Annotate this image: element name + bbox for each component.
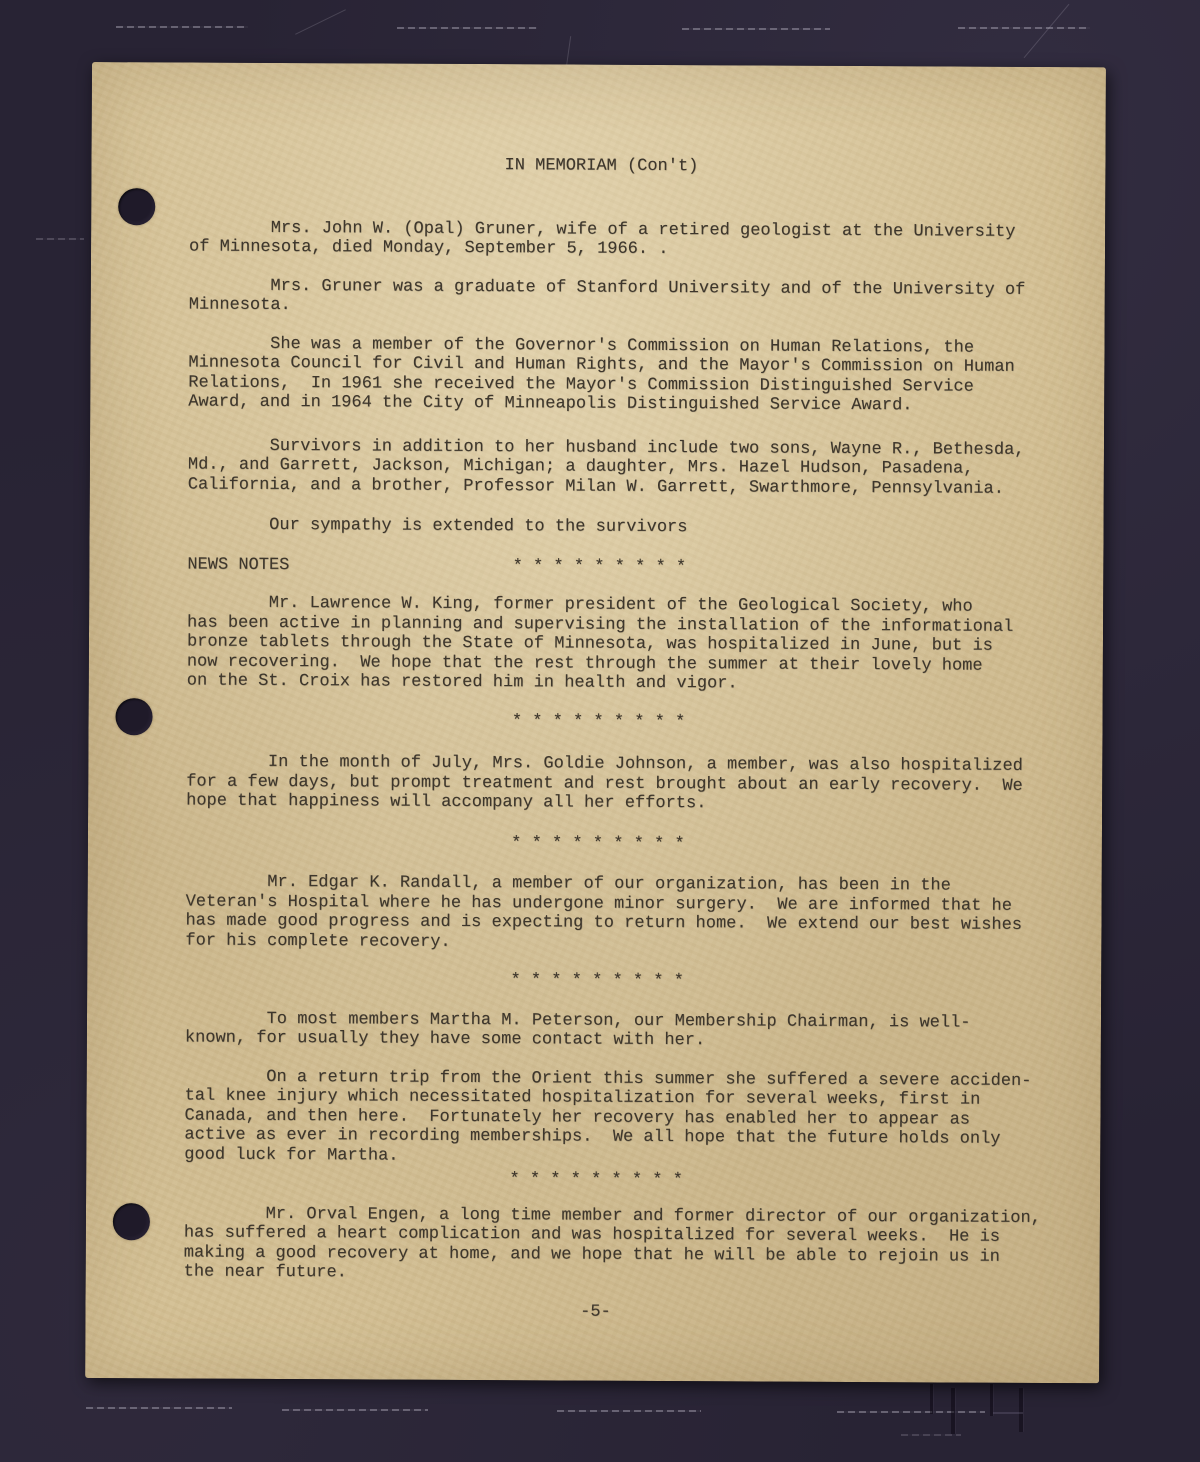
punch-hole	[118, 188, 155, 225]
paragraph: Mr. Orval Engen, a long time member and …	[184, 1204, 1008, 1286]
asterisk-separator: * * * * * * * * *	[184, 1168, 1008, 1192]
paragraph: Mrs. Gruner was a graduate of Stanford U…	[189, 276, 1013, 319]
scan-artifact-dash	[116, 26, 248, 28]
scan-artifact-bar	[930, 1384, 933, 1414]
scan-artifact-dash	[86, 1407, 232, 1409]
asterisk-separator: * * * * * * * * *	[185, 970, 1009, 994]
paragraph: Our sympathy is extended to the survivor…	[188, 516, 1012, 540]
paragraph: In the month of July, Mrs. Goldie Johnso…	[186, 753, 1010, 816]
asterisk-separator: * * * * * * * * *	[186, 832, 1010, 856]
scan-artifact-dash	[901, 1434, 961, 1436]
scan-artifact-dash	[682, 28, 830, 30]
page-title: IN MEMORIAM (Con't)	[189, 155, 1013, 179]
asterisk-separator: * * * * * * * * *	[187, 555, 1011, 579]
paragraph: Survivors in addition to her husband inc…	[188, 436, 1012, 499]
scan-artifact-bar	[951, 1388, 955, 1434]
scan-scratch	[1024, 4, 1070, 58]
punch-hole	[113, 1203, 150, 1240]
scan-scratch	[295, 9, 346, 34]
paragraph: On a return trip from the Orient this su…	[184, 1067, 1008, 1169]
scanned-page: IN MEMORIAM (Con't) Mrs. John W. (Opal) …	[85, 62, 1106, 1383]
scan-artifact-dash	[958, 27, 1090, 29]
paragraph: Mrs. John W. (Opal) Gruner, wife of a re…	[189, 218, 1013, 261]
punch-hole	[115, 698, 152, 735]
scan-artifact-dash	[557, 1410, 701, 1412]
paragraph: To most members Martha M. Peterson, our …	[185, 1009, 1009, 1052]
asterisk-separator: * * * * * * * * *	[187, 710, 1011, 734]
document-content: IN MEMORIAM (Con't) Mrs. John W. (Opal) …	[183, 155, 1013, 1324]
news-notes-row: NEWS NOTES* * * * * * * * *	[187, 555, 1011, 579]
paragraph: She was a member of the Governor's Commi…	[188, 334, 1012, 416]
scan-artifact-dash	[397, 27, 537, 29]
scanner-background: IN MEMORIAM (Con't) Mrs. John W. (Opal) …	[0, 0, 1200, 1462]
scan-artifact-dash	[837, 1411, 985, 1413]
scan-artifact-dash	[282, 1409, 428, 1411]
paragraph: Mr. Edgar K. Randall, a member of our or…	[185, 873, 1009, 955]
page-number: -5-	[183, 1300, 1007, 1324]
scan-artifact-bar	[1019, 1388, 1023, 1432]
paragraph: Mr. Lawrence W. King, former president o…	[187, 594, 1011, 696]
scan-artifact-bar	[993, 1412, 1023, 1414]
scan-artifact-dash	[36, 238, 84, 240]
document-blocks: Mrs. John W. (Opal) Gruner, wife of a re…	[184, 218, 1014, 1286]
